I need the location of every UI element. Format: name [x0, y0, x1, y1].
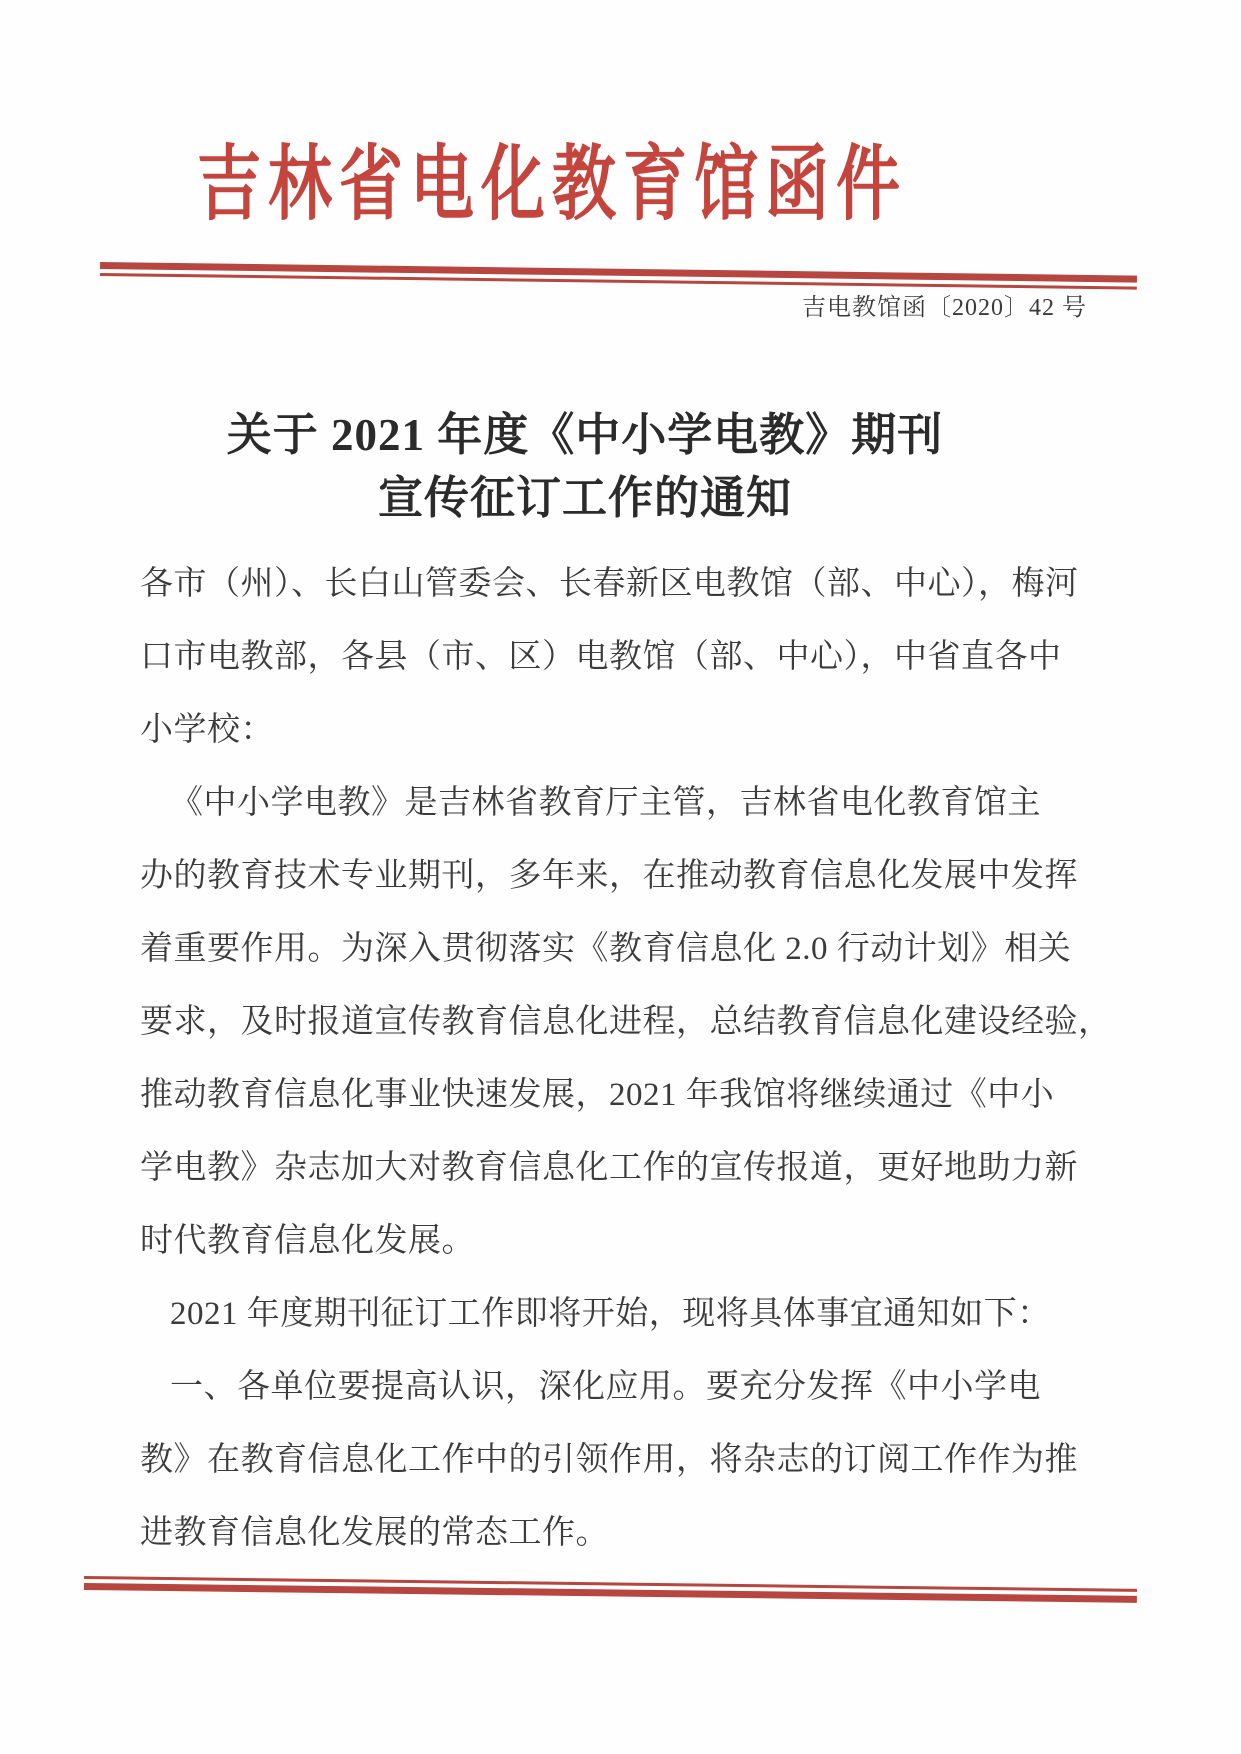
notice-title-line-2: 宣传征订工作的通知: [0, 467, 1170, 530]
footer-divider-rule: [84, 1576, 1137, 1603]
body-line: 学电教》杂志加大对教育信息化工作的宣传报道，更好地助力新: [140, 1132, 1120, 1205]
body-line: 口市电教部，各县（市、区）电教馆（部、中心），中省直各中: [140, 621, 1120, 694]
body-line: 《中小学电教》是吉林省教育厅主管，吉林省电化教育馆主: [140, 767, 1120, 840]
document-reference-number: 吉电教馆函〔2020〕42 号: [0, 293, 1087, 323]
body-line: 推动教育信息化事业快速发展，2021 年我馆将继续通过《中小: [140, 1059, 1120, 1132]
notice-title: 关于 2021 年度《中小学电教》期刊 宣传征订工作的通知: [0, 404, 1170, 530]
notice-title-line-1: 关于 2021 年度《中小学电教》期刊: [0, 404, 1170, 467]
header-divider-rule: [100, 262, 1137, 290]
notice-body: 各市（州）、长白山管委会、长春新区电教馆（部、中心），梅河 口市电教部，各县（市…: [140, 548, 1120, 1570]
body-line: 要求，及时报道宣传教育信息化进程，总结教育信息化建设经验，: [140, 986, 1120, 1059]
body-line: 着重要作用。为深入贯彻落实《教育信息化 2.0 行动计划》相关: [140, 913, 1120, 986]
scanned-letter-page: 吉林省电化教育馆函件 吉电教馆函〔2020〕42 号 关于 2021 年度《中小…: [0, 0, 1241, 1754]
letterhead-title: 吉林省电化教育馆函件: [0, 144, 1104, 226]
body-line: 教》在教育信息化工作中的引领作用，将杂志的订阅工作作为推: [140, 1424, 1120, 1497]
body-line: 2021 年度期刊征订工作即将开始，现将具体事宜通知如下：: [140, 1278, 1120, 1351]
body-line: 小学校：: [140, 694, 1120, 767]
body-line: 各市（州）、长白山管委会、长春新区电教馆（部、中心），梅河: [140, 548, 1120, 621]
body-line: 时代教育信息化发展。: [140, 1205, 1120, 1278]
body-line: 办的教育技术专业期刊，多年来，在推动教育信息化发展中发挥: [140, 840, 1120, 913]
body-line: 进教育信息化发展的常态工作。: [140, 1497, 1120, 1570]
body-line: 一、各单位要提高认识，深化应用。要充分发挥《中小学电: [140, 1351, 1120, 1424]
